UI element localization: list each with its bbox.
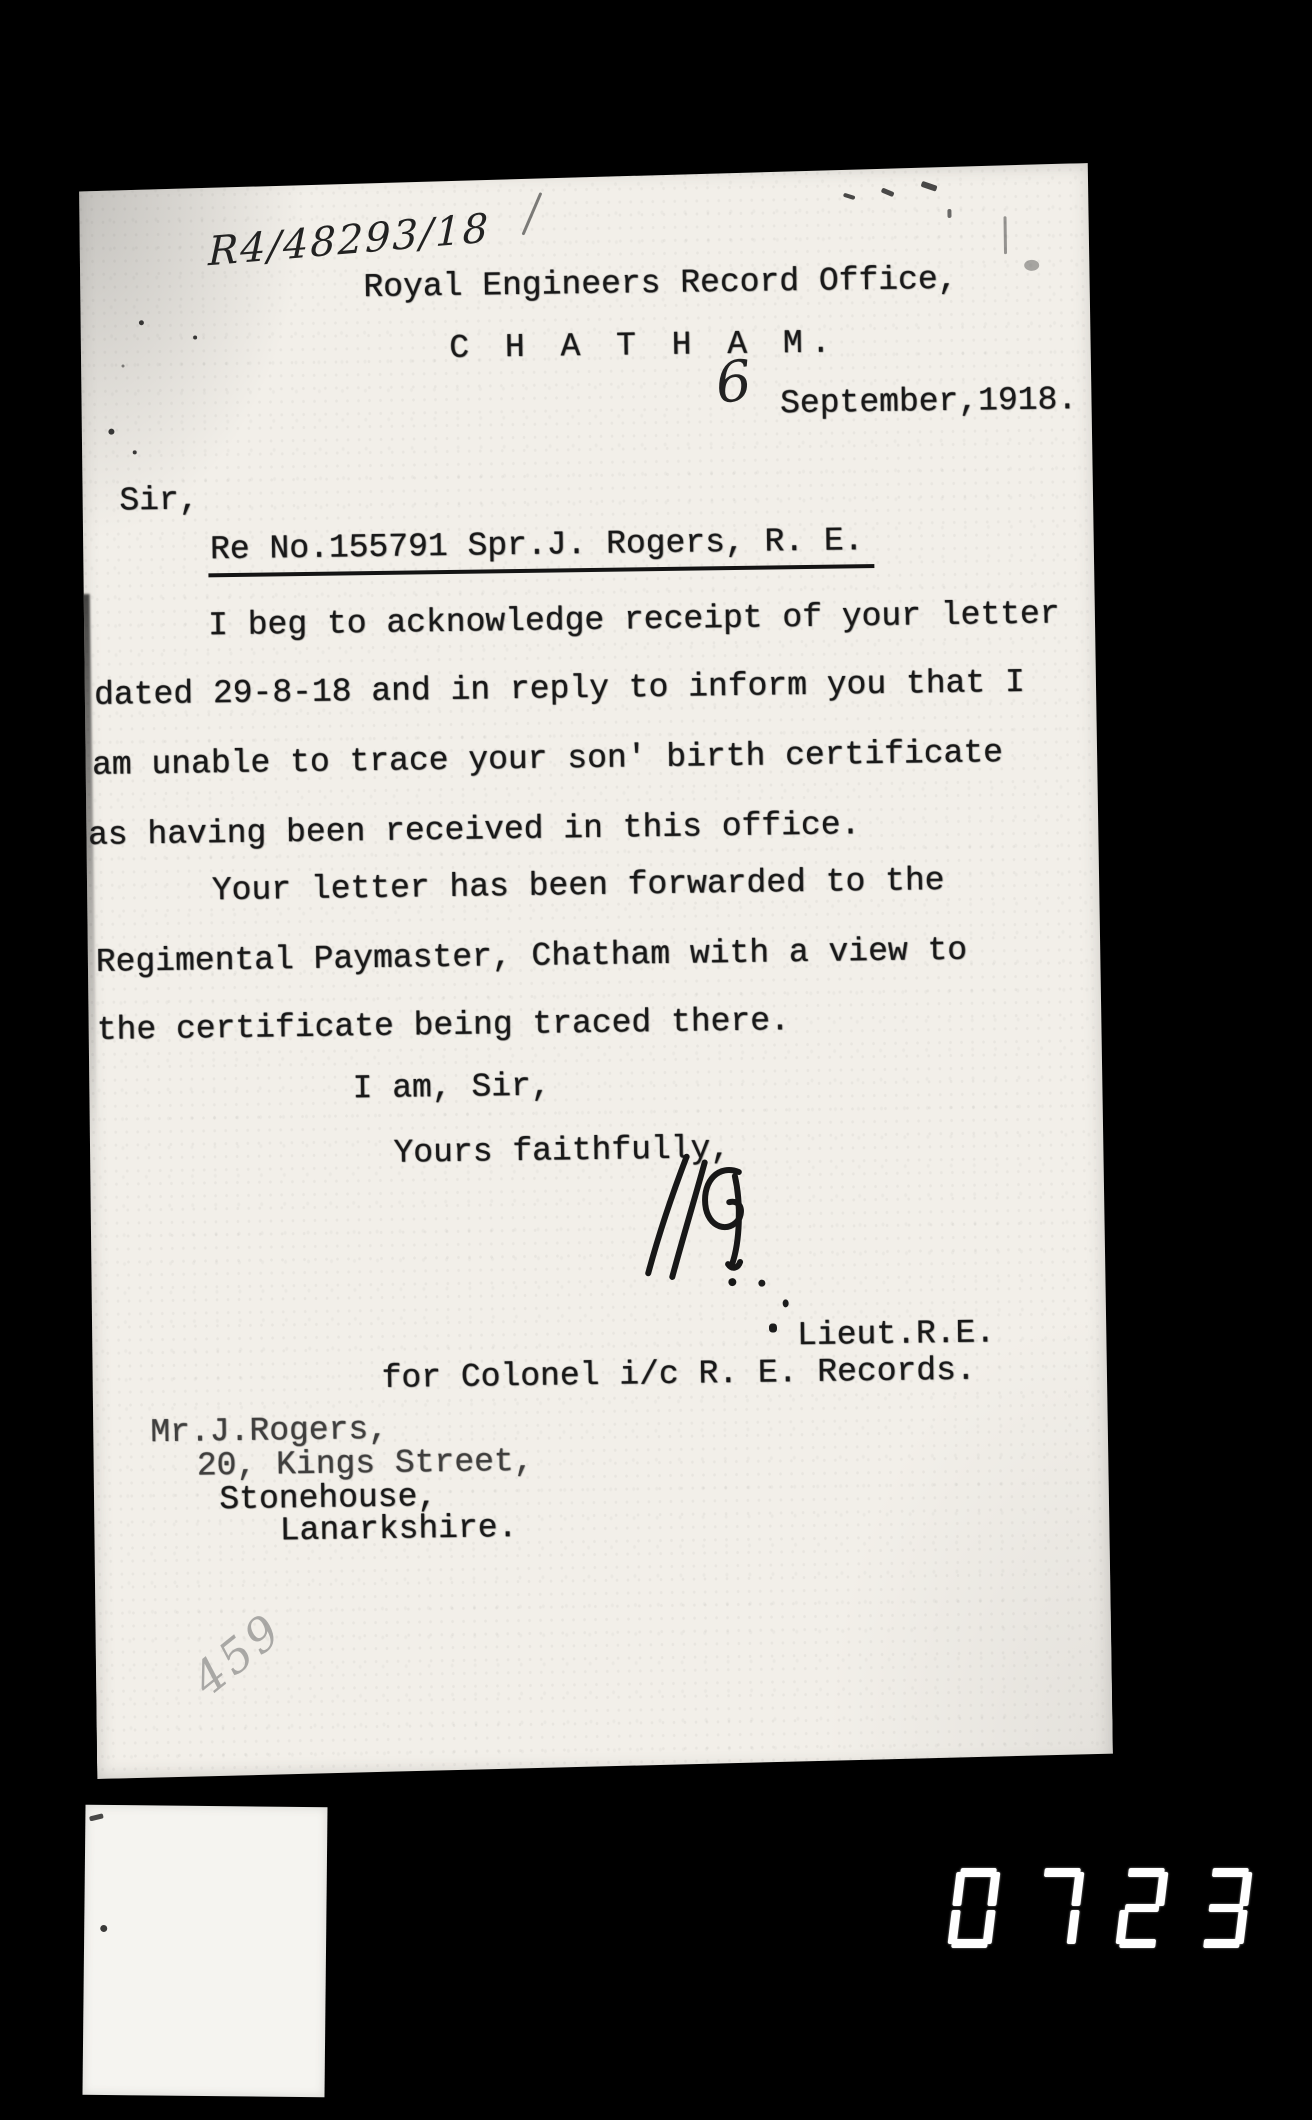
counter-digit xyxy=(1031,1868,1085,1948)
pen-mark xyxy=(89,1813,104,1821)
ink-smudge xyxy=(1024,260,1039,271)
letter-line: as having been received in this office. xyxy=(88,806,861,854)
ink-speck xyxy=(133,450,137,454)
closing-rank: Lieut.R.E. xyxy=(797,1314,996,1354)
counter-digit xyxy=(1115,1868,1169,1948)
ink-speck xyxy=(758,1280,765,1287)
ink-speck xyxy=(108,429,114,435)
closing-i-am: I am, Sir, xyxy=(352,1068,551,1108)
subject-line: Re No.155791 Spr.J. Rogers, R. E. xyxy=(208,522,874,577)
ink-smudge xyxy=(881,187,895,197)
ink-smudge xyxy=(1004,216,1008,254)
ink-speck xyxy=(769,1323,777,1332)
handwritten-reference: R4/48293/18 xyxy=(208,205,491,275)
blank-slip xyxy=(82,1805,327,2098)
frame-counter xyxy=(952,1868,1288,1952)
letter-line: am unable to trace your son' birth certi… xyxy=(92,734,1003,784)
ink-speck xyxy=(783,1299,789,1307)
pen-stroke-mark xyxy=(521,192,542,235)
letter-line: dated 29-8-18 and in reply to inform you… xyxy=(94,664,1025,714)
ink-speck xyxy=(193,335,197,339)
ink-speck xyxy=(121,364,124,367)
letter-line: the certificate being traced there. xyxy=(97,1002,791,1049)
letter-line: Your letter has been forwarded to the xyxy=(212,862,945,909)
microfilm-scan-background: R4/48293/18 Royal Engineers Record Offic… xyxy=(0,0,1312,2120)
letter-line: I beg to acknowledge receipt of your let… xyxy=(208,595,1060,644)
salutation: Sir, xyxy=(119,481,199,519)
closing-for-colonel: for Colonel i/c R. E. Records. xyxy=(381,1352,976,1397)
letterhead-office: Royal Engineers Record Office, xyxy=(363,261,958,306)
letterhead-place: C H A T H A M. xyxy=(449,325,839,367)
ink-speck xyxy=(100,1925,107,1932)
date-line: September,1918. xyxy=(780,381,1078,422)
letter-page: R4/48293/18 Royal Engineers Record Offic… xyxy=(75,163,1113,1779)
signature-handwriting xyxy=(626,1146,768,1298)
ink-speck xyxy=(139,320,144,325)
pencil-page-number: 459 xyxy=(182,1602,294,1707)
ink-smudge xyxy=(921,181,938,192)
recipient-county: Lanarkshire. xyxy=(280,1509,518,1549)
ink-smudge xyxy=(843,193,856,200)
counter-digit xyxy=(1199,1868,1253,1948)
counter-digit xyxy=(947,1868,1001,1948)
ink-smudge xyxy=(947,209,951,218)
letter-line: Regimental Paymaster, Chatham with a vie… xyxy=(96,932,968,981)
handwritten-day: 6 xyxy=(713,348,755,416)
